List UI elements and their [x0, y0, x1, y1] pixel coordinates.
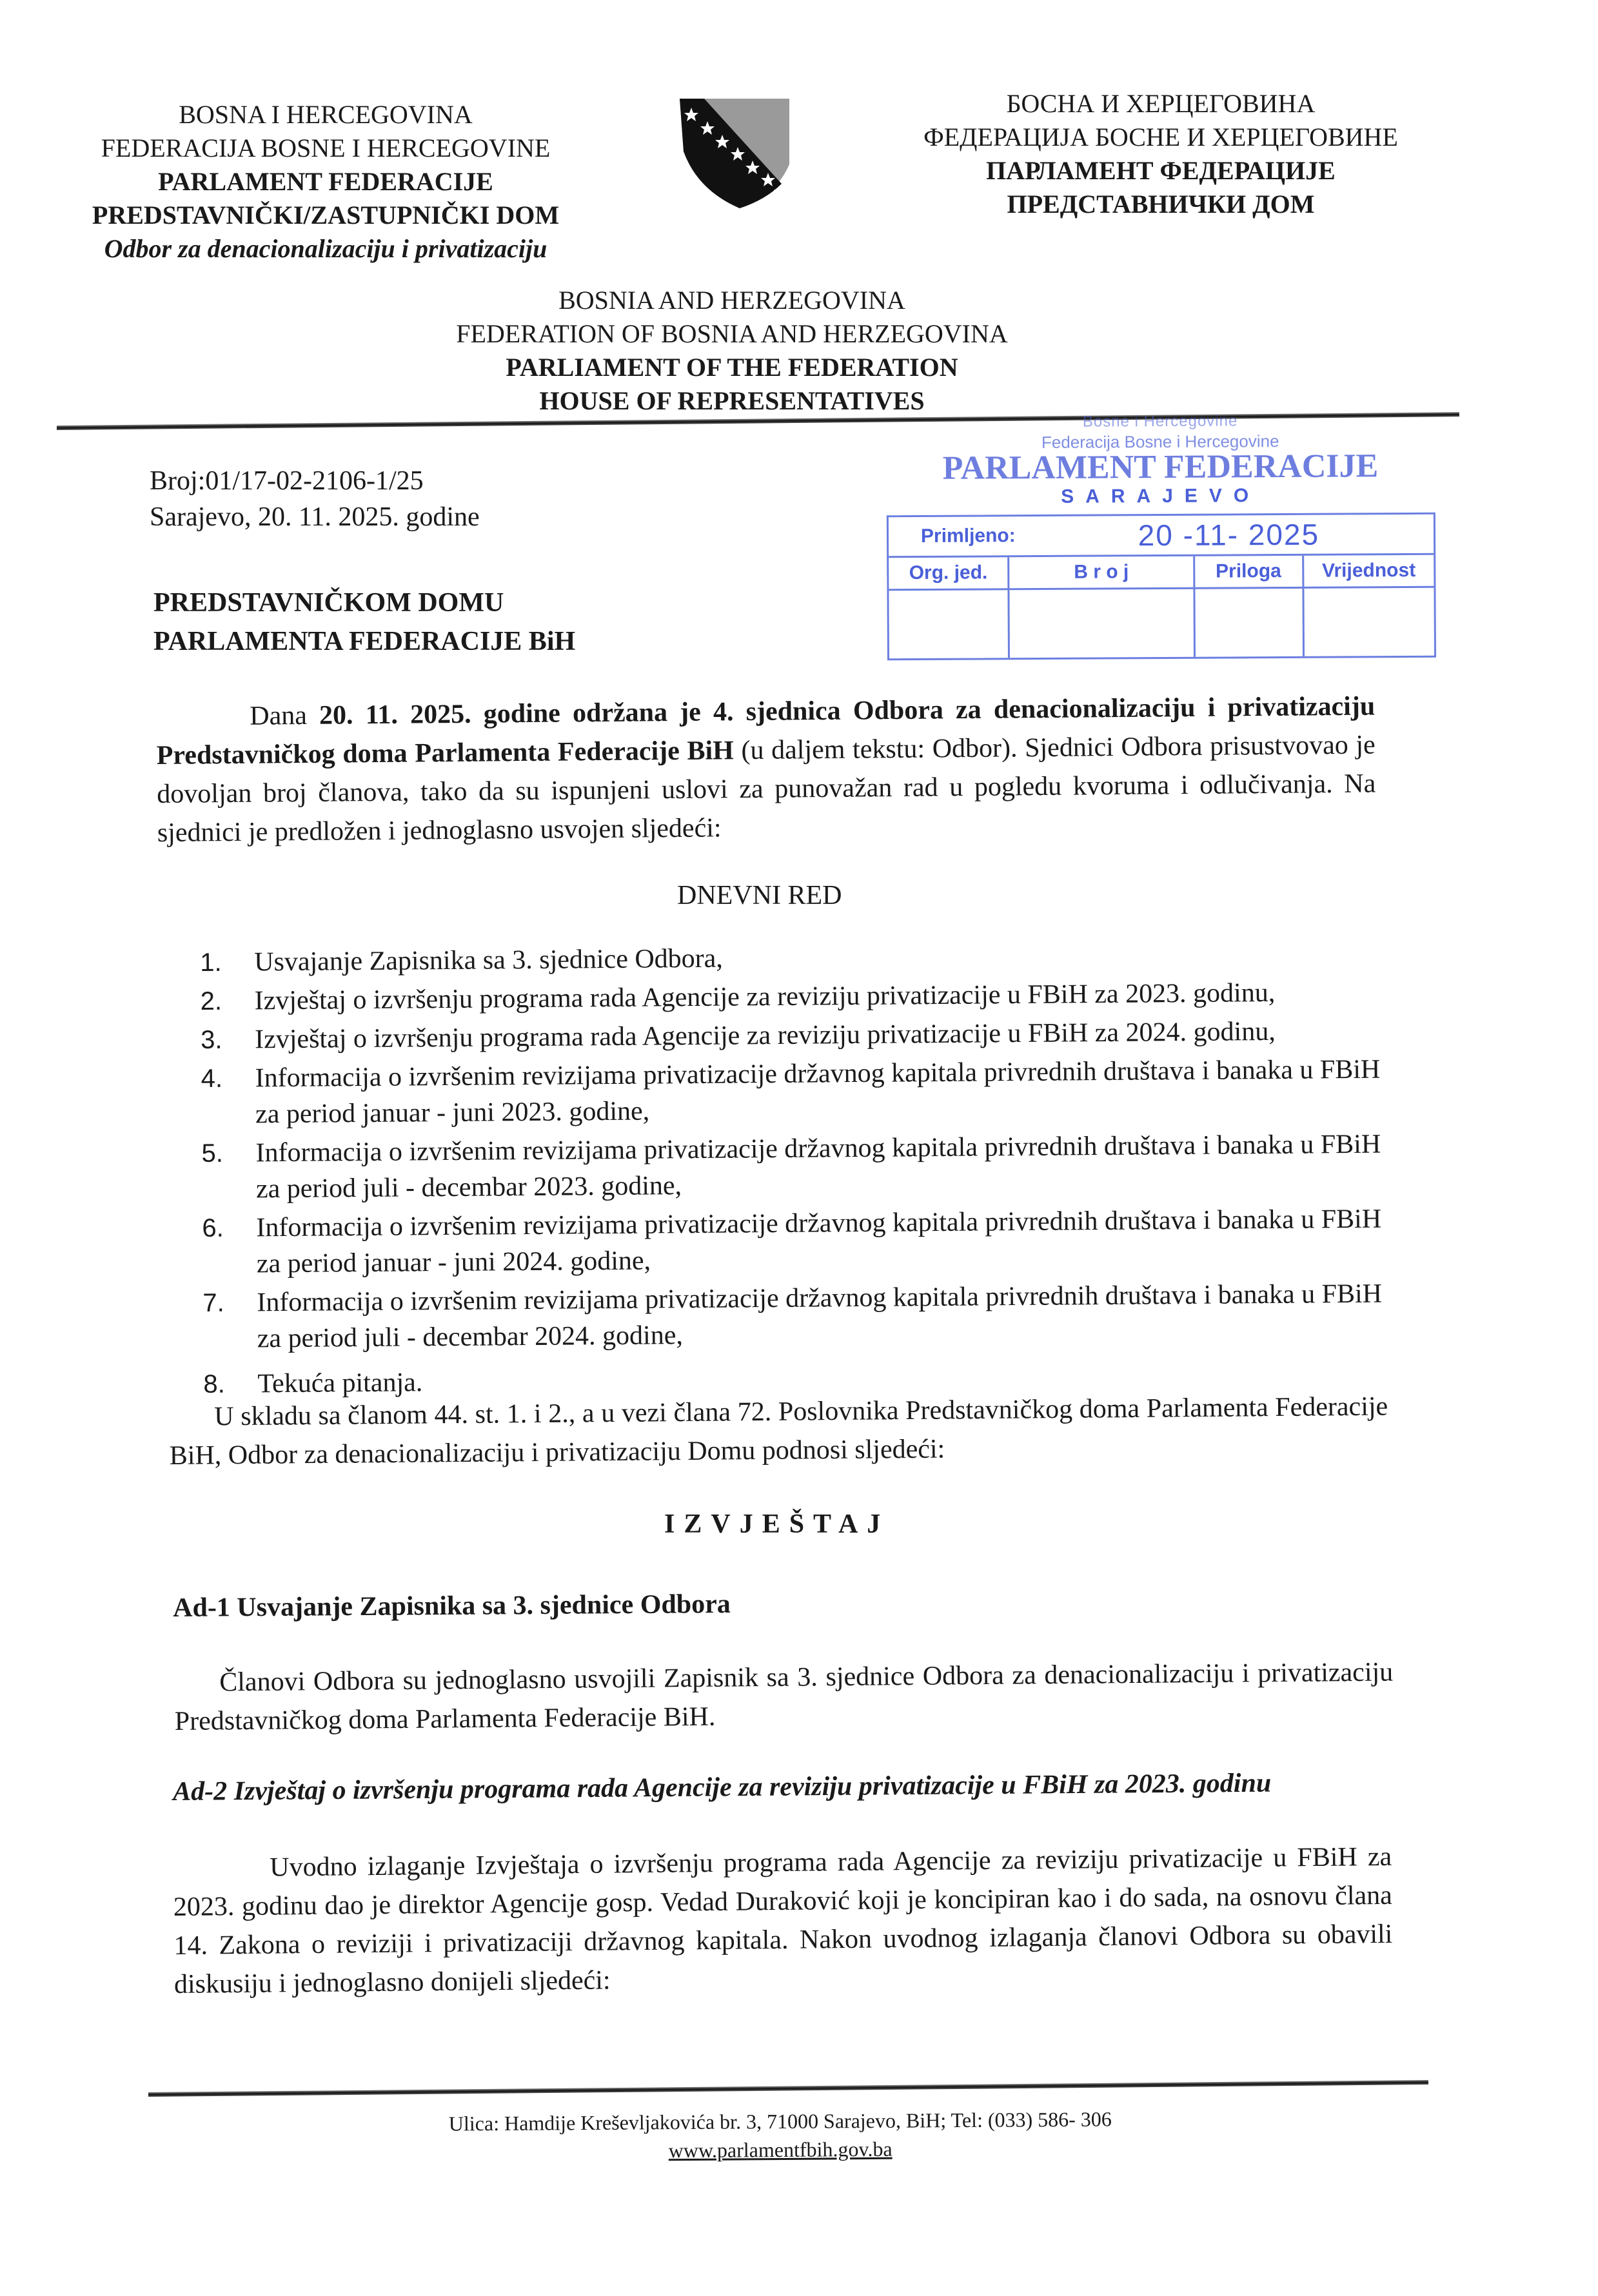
- header-federation-en: FEDERATION OF BOSNIA AND HERZEGOVINA: [400, 317, 1064, 351]
- header-committee: Odbor za denacionalizaciju i privatizaci…: [64, 232, 587, 266]
- agenda-item-number: 3.: [201, 1021, 255, 1058]
- header-latin: BOSNA I HERCEGOVINA FEDERACIJA BOSNE I H…: [64, 98, 587, 266]
- agenda-item-text: Informacija o izvršenim revizijama priva…: [255, 1126, 1401, 1207]
- header-house: PREDSTAVNIČKI/ZASTUPNIČKI DOM: [64, 199, 587, 232]
- agenda-item: 4.Informacija o izvršenim revizijama pri…: [201, 1051, 1401, 1133]
- footer-address: Ulica: Hamdije Kreševljakovića br. 3, 71…: [361, 2104, 1199, 2138]
- agenda-item-number: 6.: [202, 1210, 257, 1282]
- stamp-col-org: Org. jed.: [889, 557, 1009, 589]
- stamp-col-vrijednost: Vrijednost: [1303, 555, 1434, 588]
- stamp-cell: [1009, 588, 1194, 658]
- stamp-col-priloga: Priloga: [1194, 556, 1303, 588]
- stamp-city: SARAJEVO: [883, 484, 1438, 509]
- stamp-received-date: 20 -11- 2025: [1138, 517, 1320, 553]
- recipient-line-1: PREDSTAVNIČKOM DOMU: [153, 584, 575, 622]
- agenda-item-number: 7.: [202, 1284, 257, 1357]
- stamp-box: Primljeno: 20 -11- 2025 Org. jed. B r o …: [887, 513, 1436, 660]
- header-federation-cyr: ФЕДЕРАЦИЈА БОСНЕ И ХЕРЦЕГОВИНЕ: [890, 121, 1432, 154]
- stamp-line-1: Bosne i Hercegovine: [883, 411, 1437, 433]
- footer-website-link[interactable]: www.parlamentfbih.gov.ba: [669, 2137, 893, 2162]
- agenda-item-text: Izvještaj o izvršenju programa rada Agen…: [255, 1012, 1400, 1057]
- header-house-cyr: ПРЕДСТАВНИЧКИ ДОМ: [890, 188, 1432, 221]
- header-country-cyr: БОСНА И ХЕРЦЕГОВИНА: [890, 87, 1432, 121]
- reference-number: Broj:01/17-02-2106-1/25: [150, 463, 480, 499]
- header-parliament-cyr: ПАРЛАМЕНТ ФЕДЕРАЦИЈЕ: [890, 154, 1432, 188]
- agenda-item: 6.Informacija o izvršenim revizijama pri…: [202, 1201, 1402, 1282]
- intro-paragraph: Dana 20. 11. 2025. godine održana je 4. …: [156, 687, 1376, 852]
- section-text-ad1: Članovi Odbora su jednoglasno usvojili Z…: [174, 1653, 1394, 1741]
- stamp-cell: [1194, 587, 1304, 656]
- place-date: Sarajevo, 20. 11. 2025. godine: [150, 499, 480, 535]
- stamp-cell: [1303, 587, 1434, 656]
- header-federation: FEDERACIJA BOSNE I HERCEGOVINE: [64, 132, 587, 165]
- legal-basis-paragraph: U skladu sa članom 44. st. 1. i 2., a u …: [169, 1388, 1388, 1475]
- agenda-item: 3.Izvještaj o izvršenju programa rada Ag…: [201, 1012, 1400, 1058]
- agenda-title: DNEVNI RED: [677, 880, 842, 911]
- header-english: BOSNIA AND HERZEGOVINA FEDERATION OF BOS…: [400, 284, 1064, 418]
- received-stamp: Bosne i Hercegovine Federacija Bosne i H…: [883, 411, 1439, 660]
- header-country-en: BOSNIA AND HERZEGOVINA: [400, 284, 1064, 317]
- stamp-col-broj: B r o j: [1009, 556, 1194, 589]
- agenda-list: 1.Usvajanje Zapisnika sa 3. sjednice Odb…: [200, 935, 1403, 1402]
- footer: Ulica: Hamdije Kreševljakovića br. 3, 71…: [361, 2104, 1200, 2166]
- stamp-cell: [889, 589, 1009, 658]
- agenda-item-text: Informacija o izvršenim revizijama priva…: [257, 1275, 1403, 1357]
- header-house-en: HOUSE OF REPRESENTATIVES: [400, 384, 1064, 418]
- agenda-item-text: Informacija o izvršenim revizijama priva…: [256, 1201, 1402, 1282]
- agenda-item-number: 1.: [200, 944, 254, 981]
- agenda-item-text: Usvajanje Zapisnika sa 3. sjednice Odbor…: [254, 935, 1399, 980]
- agenda-item-number: 4.: [201, 1060, 255, 1133]
- section-heading-ad1: Ad-1 Usvajanje Zapisnika sa 3. sjednice …: [173, 1589, 731, 1624]
- footer-divider: [148, 2080, 1428, 2097]
- section-text-ad2: Uvodno izlaganje Izvještaja o izvršenju …: [173, 1838, 1393, 2004]
- document-reference: Broj:01/17-02-2106-1/25 Sarajevo, 20. 11…: [150, 463, 480, 535]
- agenda-item: 1.Usvajanje Zapisnika sa 3. sjednice Odb…: [200, 935, 1399, 981]
- header-parliament: PARLAMENT FEDERACIJE: [64, 165, 587, 199]
- stamp-received-row: Primljeno: 20 -11- 2025: [889, 515, 1434, 558]
- report-title: IZVJEŠTAJ: [664, 1509, 889, 1540]
- agenda-item-number: 5.: [201, 1135, 256, 1208]
- agenda-item: 7.Informacija o izvršenim revizijama pri…: [202, 1275, 1403, 1357]
- section-heading-ad2: Ad-2 Izvještaj o izvršenju programa rada…: [173, 1768, 1271, 1807]
- recipient: PREDSTAVNIČKOM DOMU PARLAMENTA FEDERACIJ…: [153, 584, 575, 661]
- stamp-table: Org. jed. B r o j Priloga Vrijednost: [889, 555, 1434, 658]
- agenda-item-text: Informacija o izvršenim revizijama priva…: [255, 1051, 1401, 1132]
- agenda-item: 2.Izvještaj o izvršenju programa rada Ag…: [200, 974, 1399, 1019]
- header-cyrillic: БОСНА И ХЕРЦЕГОВИНА ФЕДЕРАЦИЈА БОСНЕ И Х…: [890, 87, 1432, 221]
- stamp-received-label: Primljeno:: [921, 525, 1016, 547]
- recipient-line-2: PARLAMENTA FEDERACIJE BiH: [153, 622, 575, 661]
- agenda-item-text: Izvještaj o izvršenju programa rada Agen…: [254, 974, 1399, 1019]
- intro-text-start: Dana: [250, 701, 319, 731]
- header-country: BOSNA I HERCEGOVINA: [64, 98, 587, 132]
- header-parliament-en: PARLIAMENT OF THE FEDERATION: [400, 351, 1064, 384]
- stamp-line-3: PARLAMENT FEDERACIJE: [883, 448, 1437, 487]
- agenda-item: 5.Informacija o izvršenim revizijama pri…: [201, 1126, 1401, 1208]
- coat-of-arms-icon: [678, 93, 791, 210]
- agenda-item-number: 2.: [200, 983, 254, 1019]
